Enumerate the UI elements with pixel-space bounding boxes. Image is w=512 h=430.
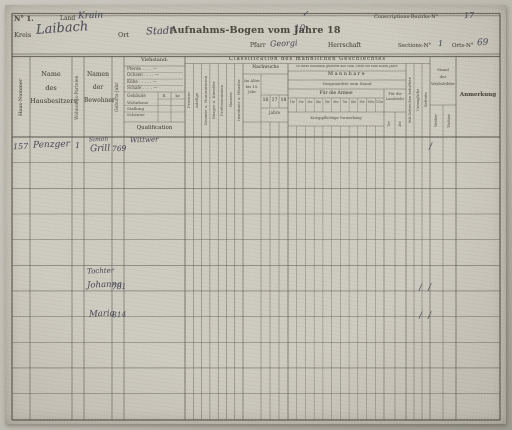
class-col-beamte: Beamte u. Honoratioren [202, 66, 210, 134]
anmerkung-header: Anmerkung [456, 92, 500, 98]
entry-birth-year: 769 [112, 144, 127, 153]
sub-col-a: fl. [158, 94, 171, 99]
herrschaft-label: Herrschaft [328, 43, 361, 50]
landwehr-label: Für die Landwehr [384, 92, 406, 102]
column-header-wohnparteien: Wohnungs-Parteien [72, 60, 84, 135]
entry-first-name: Simon [89, 136, 108, 144]
armee-class: 1te [288, 101, 297, 105]
col-untaugliche: Untaugliche [414, 65, 422, 135]
viehstand-row: Schafe . . . . — [127, 86, 158, 91]
classification-banner: Classification des männlichen Geschlecht… [185, 57, 430, 63]
title-year-handwritten: 10 [294, 24, 306, 34]
class-col-buerger: Bürger u. Künstler [210, 66, 218, 134]
armee-note: Kriegspflichtige Vormerkung [288, 116, 384, 120]
sections-label: Sections-N° [398, 43, 431, 49]
column-header-bewohner: Namen der Bewohner [84, 68, 112, 108]
pfarr-label: Pfarr [250, 43, 266, 50]
entry-tally-mark: / [419, 311, 422, 321]
qualification-label: Qualification [124, 125, 185, 131]
armee-class: 3te [306, 101, 315, 105]
kreis-label: Kreis [14, 32, 31, 39]
age-col-17: 17 [270, 98, 279, 103]
landwehr-sub-1: 1te [384, 114, 395, 135]
sheet-number: N° 1. [14, 15, 34, 23]
column-header-geburtsjahr: Geburts-Jahr [112, 60, 124, 135]
mannbare-title: Mannbare [288, 72, 406, 78]
entry-birth-year: 781 [112, 282, 127, 291]
landwehr-sub-2: 2te [395, 114, 406, 135]
entry-tally-mark: / [429, 142, 432, 152]
armee-class: 8te [349, 101, 358, 105]
col-gebrechen: Mit Gebrechen behaftete [406, 65, 414, 135]
column-header-haus-nummer: Haus-Nummer [13, 60, 29, 134]
viehstand-row: Kühe . . . . . — [127, 80, 157, 85]
viehstand-row: Pferde . . . . — [127, 67, 157, 72]
age-col-16: 16 [261, 98, 270, 103]
jahre-label: Jahre [261, 111, 288, 116]
viehstand-title: Viehstand: [124, 58, 185, 64]
class-col-professionisten: Professionisten [218, 66, 226, 134]
age-col-18: 18 [279, 98, 288, 103]
entry-owner-name: Penzger [33, 139, 70, 150]
weibsbilder-col-weiber: Weiber [430, 106, 443, 135]
entry-house-number: 157 [13, 142, 29, 152]
conscription-district-label: Conscriptions-Bezirks-N° [374, 15, 438, 21]
nachwuchs-left-cell: Im Alter bis 15. Jahr [244, 78, 261, 95]
entry-relation-tochter: Tochter [87, 267, 114, 276]
entry-tally-mark: / [428, 283, 431, 293]
class-col-inwohner: Inwohner u. Häusler [235, 66, 243, 134]
class-col-bauern: Bauern [227, 66, 235, 134]
weibsbilder-col-toechter: Töchter [443, 106, 456, 135]
sub-row: Stallung [127, 107, 144, 112]
mannbare-note: In diese Rubriken gehören alle vom 19ten… [289, 65, 405, 71]
class-col-adelige: Adelige [193, 66, 201, 134]
armee-class: 6te [332, 101, 341, 105]
sections-value-handwritten: 1 [438, 39, 443, 48]
viehstand-row: Ochsen . . . . — [127, 73, 159, 78]
nachwuchs-title: Nachwuchs [243, 65, 288, 70]
entry-birth-year: 814 [112, 310, 127, 319]
gebaeude-sub-header: Gebäude [127, 94, 146, 99]
armee-class: 9te [358, 101, 367, 105]
sub-row: Wohnhaus [127, 101, 148, 106]
sub-row: Scheune [127, 113, 144, 118]
orts-number-value-handwritten: 69 [477, 38, 489, 48]
armee-class: 5te [323, 101, 332, 105]
ort-label: Ort [118, 32, 129, 39]
form-title: Aufnahms-Bogen vom Jahre 18 [170, 26, 300, 37]
entry-qualification: Wittwer [130, 136, 159, 145]
weibsbilder-header: Stand der Weibsbilder [430, 66, 456, 88]
armee-class: 11te [375, 101, 384, 105]
scanned-document: N° 1. Land Krain Conscriptions-Bezirks-N… [0, 0, 512, 430]
orts-number-label: Orts-N° [452, 43, 474, 49]
armee-class: 10te [367, 101, 376, 105]
armee-class: 4te [314, 101, 323, 105]
armee-class: 2te [297, 101, 306, 105]
ort-value-handwritten: Stadt [146, 26, 174, 38]
entry-tally-mark: / [419, 283, 422, 293]
entry-parteien: 1 [75, 141, 80, 150]
sub-col-b: kr. [171, 94, 185, 99]
col-befreite: Befreite [422, 65, 430, 135]
check-mark: ✓ [302, 9, 309, 18]
fuer-die-armee-label: Für die Armee [288, 91, 384, 96]
entry-surname: Grill [90, 144, 110, 155]
vorgemerkte-label: Vorgemerkte zum Stand [288, 82, 406, 87]
column-header-hausbesitzer: Name des Hausbesitzers [30, 68, 72, 109]
pfarr-value-handwritten: Georgi [270, 39, 298, 49]
armee-class: 7te [340, 101, 349, 105]
entry-tally-mark: / [428, 311, 431, 321]
conscription-district-value: 17 [464, 11, 474, 20]
